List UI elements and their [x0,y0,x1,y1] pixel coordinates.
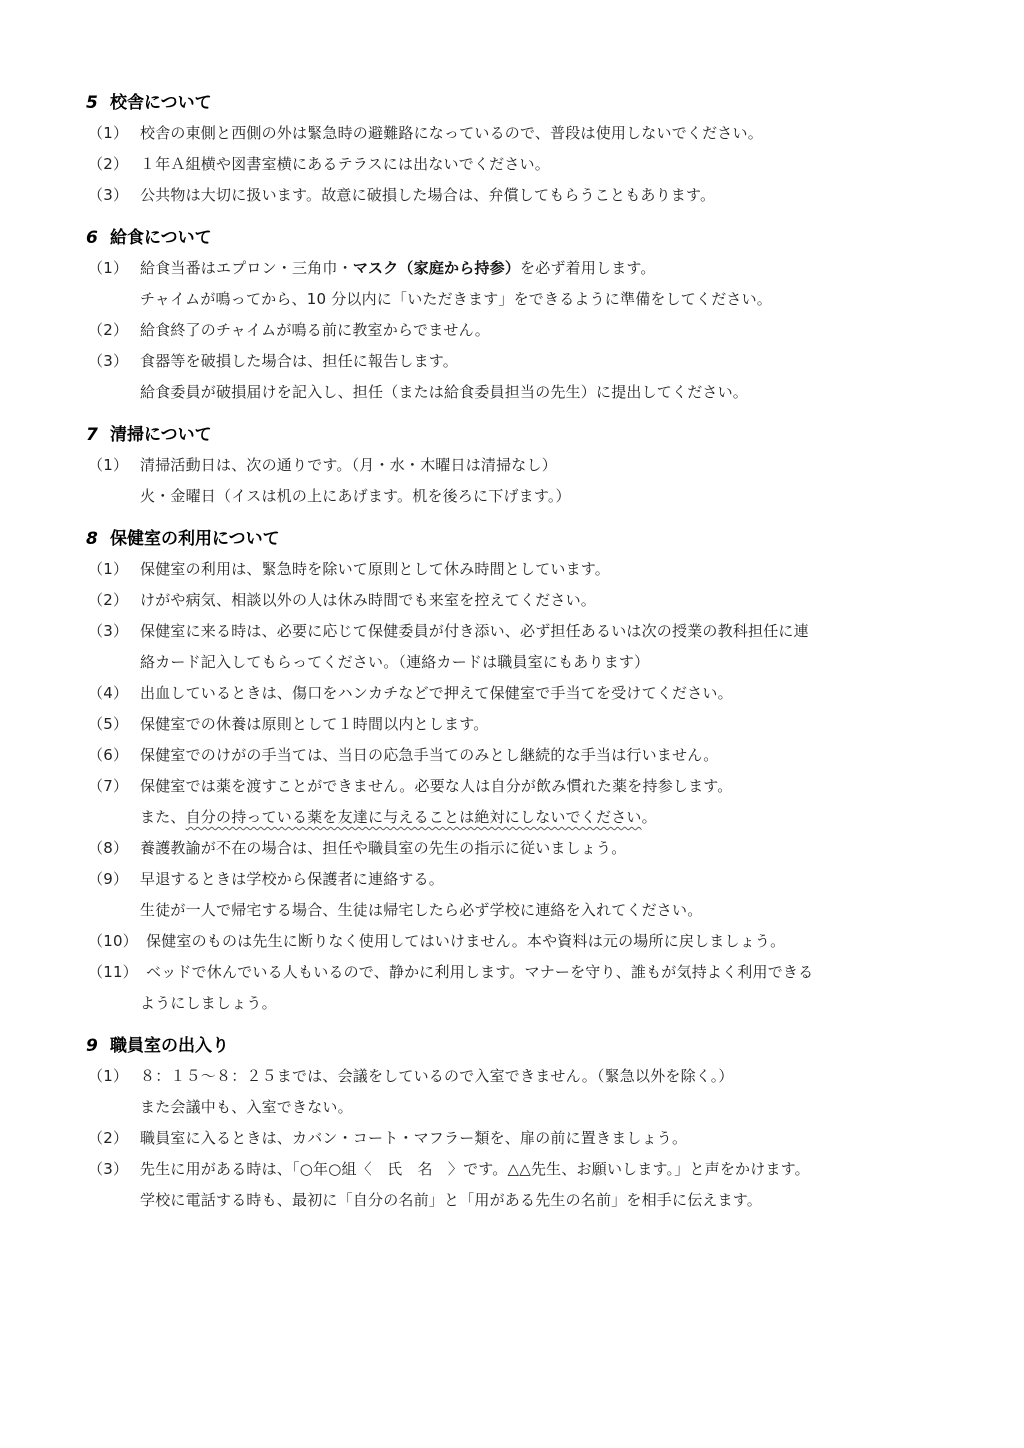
list-item: （5）保健室での休養は原則として１時間以内とします。 [88,709,948,740]
item-label: （1） [88,450,140,481]
section-title: 清掃について [110,425,212,445]
item-label: （3） [88,180,140,211]
item-label: （2） [88,1123,140,1154]
item-text: 給食委員が破損届けを記入し、担任（または給食委員担当の先生）に提出してください。 [140,383,748,401]
list-item-continuation: また会議中も、入室できない。 [88,1092,948,1123]
item-text: チャイムが鳴ってから、10 分以内に「いただきます」をできるように準備をしてくだ… [140,290,772,308]
item-text: ベッドで休んでいる人もいるので、静かに利用します。マナーを守り、誰もが気持よく利… [146,963,813,981]
item-text: 食器等を破損した場合は、担任に報告します。 [140,352,458,370]
item-text: 絡カード記入してもらってください。（連絡カードは職員室にもあります） [140,653,649,671]
item-label: （11） [88,957,146,988]
item-text: 。 [642,808,657,826]
section-number: 7 [86,420,110,450]
list-item: （1）保健室の利用は、緊急時を除いて原則として休み時間としています。 [88,554,948,585]
section-number: 8 [86,524,110,554]
item-label: （5） [88,709,140,740]
item-text: また会議中も、入室できない。 [140,1098,353,1116]
item-text: 養護教諭が不在の場合は、担任や職員室の先生の指示に従いましょう。 [140,839,626,857]
item-text: 給食当番はエプロン・三角巾・ [140,259,353,277]
item-text: 保健室の利用は、緊急時を除いて原則として休み時間としています。 [140,560,610,578]
item-label: （1） [88,118,140,149]
section-title: 保健室の利用について [110,529,280,549]
emphasized-warning-text: 自分の持っている薬を友達に与えることは絶対にしないでください [186,808,642,826]
section-title: 給食について [110,228,212,248]
item-label: （3） [88,346,140,377]
section-heading: 8保健室の利用について [86,524,948,554]
list-item: （1）清掃活動日は、次の通りです。（月・水・木曜日は清掃なし） [88,450,948,481]
section-heading: 6給食について [86,223,948,253]
list-item: （1）給食当番はエプロン・三角巾・マスク（家庭から持参）を必ず着用します。 [88,253,948,284]
item-text: 給食終了のチャイムが鳴る前に教室からでません。 [140,321,490,339]
item-text: ようにしましょう。 [140,994,277,1012]
section-heading: 7清掃について [86,420,948,450]
list-item: （4）出血しているときは、傷口をハンカチなどで押えて保健室で手当てを受けてくださ… [88,678,948,709]
list-item: （1）８：１５～８：２５までは、会議をしているので入室できません。（緊急以外を除… [88,1061,948,1092]
item-text: 保健室でのけがの手当ては、当日の応急手当てのみとし継続的な手当は行いません。 [140,746,719,764]
item-text: 学校に電話する時も、最初に「自分の名前」と「用がある先生の名前」を相手に伝えます… [140,1191,762,1209]
list-item-continuation: また、自分の持っている薬を友達に与えることは絶対にしないでください。 [88,802,948,833]
item-label: （2） [88,585,140,616]
list-item-continuation: チャイムが鳴ってから、10 分以内に「いただきます」をできるように準備をしてくだ… [88,284,948,315]
list-item: （8）養護教諭が不在の場合は、担任や職員室の先生の指示に従いましょう。 [88,833,948,864]
item-text: 校舎の東側と西側の外は緊急時の避難路になっているので、普段は使用しないでください… [140,124,763,142]
list-item: （9）早退するときは学校から保護者に連絡する。 [88,864,948,895]
item-text: 保健室に来る時は、必要に応じて保健委員が付き添い、必ず担任あるいは次の授業の教科… [140,622,809,640]
list-item: （1）校舎の東側と西側の外は緊急時の避難路になっているので、普段は使用しないでく… [88,118,948,149]
item-label: （1） [88,1061,140,1092]
item-label: （4） [88,678,140,709]
item-text: 出血しているときは、傷口をハンカチなどで押えて保健室で手当てを受けてください。 [140,684,733,702]
section-heading: 5校舎について [86,88,948,118]
item-label: （3） [88,616,140,647]
section-number: 9 [86,1031,110,1061]
item-text: １年Ａ組横や図書室横にあるテラスには出ないでください。 [140,155,550,173]
list-item: （3）保健室に来る時は、必要に応じて保健委員が付き添い、必ず担任あるいは次の授業… [88,616,948,647]
list-item: （3）公共物は大切に扱います。故意に破損した場合は、弁償してもらうこともあります… [88,180,948,211]
list-item-continuation: 給食委員が破損届けを記入し、担任（または給食委員担当の先生）に提出してください。 [88,377,948,408]
section-staff-room: 9職員室の出入り （1）８：１５～８：２５までは、会議をしているので入室できませ… [88,1031,948,1216]
section-title: 職員室の出入り [110,1036,229,1056]
item-label: （10） [88,926,146,957]
item-text: また、 [140,808,186,826]
section-school-lunch: 6給食について （1）給食当番はエプロン・三角巾・マスク（家庭から持参）を必ず着… [88,223,948,408]
section-school-building: 5校舎について （1）校舎の東側と西側の外は緊急時の避難路になっているので、普段… [88,88,948,211]
item-label: （7） [88,771,140,802]
item-label: （8） [88,833,140,864]
item-text: 保健室での休養は原則として１時間以内とします。 [140,715,488,733]
item-text: 清掃活動日は、次の通りです。（月・水・木曜日は清掃なし） [140,456,557,474]
section-title: 校舎について [110,93,212,113]
item-text: 火・金曜日（イスは机の上にあげます。机を後ろに下げます。） [140,487,571,505]
item-label: （2） [88,315,140,346]
section-cleaning: 7清掃について （1）清掃活動日は、次の通りです。（月・水・木曜日は清掃なし） … [88,420,948,512]
item-text: を必ず着用します。 [520,259,656,277]
section-heading: 9職員室の出入り [86,1031,948,1061]
list-item: （3）先生に用がある時は、「○年○組〈 氏 名 〉です。△△先生、お願いします。… [88,1154,948,1185]
item-label: （1） [88,253,140,284]
list-item: （7）保健室では薬を渡すことができません。必要な人は自分が飲み慣れた薬を持参しま… [88,771,948,802]
item-text: ８：１５～８：２５までは、会議をしているので入室できません。（緊急以外を除く。） [140,1067,734,1085]
item-text: 先生に用がある時は、「○年○組〈 氏 名 〉です。△△先生、お願いします。」と声… [140,1160,810,1178]
list-item: （6）保健室でのけがの手当ては、当日の応急手当てのみとし継続的な手当は行いません… [88,740,948,771]
document-page: 5校舎について （1）校舎の東側と西側の外は緊急時の避難路になっているので、普段… [88,88,948,1228]
section-health-room: 8保健室の利用について （1）保健室の利用は、緊急時を除いて原則として休み時間と… [88,524,948,1019]
list-item-continuation: 火・金曜日（イスは机の上にあげます。机を後ろに下げます。） [88,481,948,512]
item-label: （6） [88,740,140,771]
list-item: （11）ベッドで休んでいる人もいるので、静かに利用します。マナーを守り、誰もが気… [88,957,948,988]
list-item: （10）保健室のものは先生に断りなく使用してはいけません。本や資料は元の場所に戻… [88,926,948,957]
item-text: けがや病気、相談以外の人は休み時間でも来室を控えてください。 [140,591,596,609]
list-item-continuation: ようにしましょう。 [88,988,948,1019]
item-text-bold: マスク（家庭から持参） [353,259,520,277]
list-item: （2）給食終了のチャイムが鳴る前に教室からでません。 [88,315,948,346]
list-item: （3）食器等を破損した場合は、担任に報告します。 [88,346,948,377]
item-text: 早退するときは学校から保護者に連絡する。 [140,870,444,888]
section-number: 6 [86,223,110,253]
item-text: 保健室では薬を渡すことができません。必要な人は自分が飲み慣れた薬を持参します。 [140,777,733,795]
list-item: （2）１年Ａ組横や図書室横にあるテラスには出ないでください。 [88,149,948,180]
list-item-continuation: 学校に電話する時も、最初に「自分の名前」と「用がある先生の名前」を相手に伝えます… [88,1185,948,1216]
item-label: （3） [88,1154,140,1185]
item-label: （2） [88,149,140,180]
list-item-continuation: 生徒が一人で帰宅する場合、生徒は帰宅したら必ず学校に連絡を入れてください。 [88,895,948,926]
list-item: （2）職員室に入るときは、カバン・コート・マフラー類を、扉の前に置きましょう。 [88,1123,948,1154]
item-text: 保健室のものは先生に断りなく使用してはいけません。本や資料は元の場所に戻しましょ… [146,932,785,950]
item-label: （9） [88,864,140,895]
item-label: （1） [88,554,140,585]
item-text: 公共物は大切に扱います。故意に破損した場合は、弁償してもらうこともあります。 [140,186,715,204]
item-text: 職員室に入るときは、カバン・コート・マフラー類を、扉の前に置きましょう。 [140,1129,687,1147]
list-item: （2）けがや病気、相談以外の人は休み時間でも来室を控えてください。 [88,585,948,616]
list-item-continuation: 絡カード記入してもらってください。（連絡カードは職員室にもあります） [88,647,948,678]
item-text: 生徒が一人で帰宅する場合、生徒は帰宅したら必ず学校に連絡を入れてください。 [140,901,702,919]
section-number: 5 [86,88,110,118]
